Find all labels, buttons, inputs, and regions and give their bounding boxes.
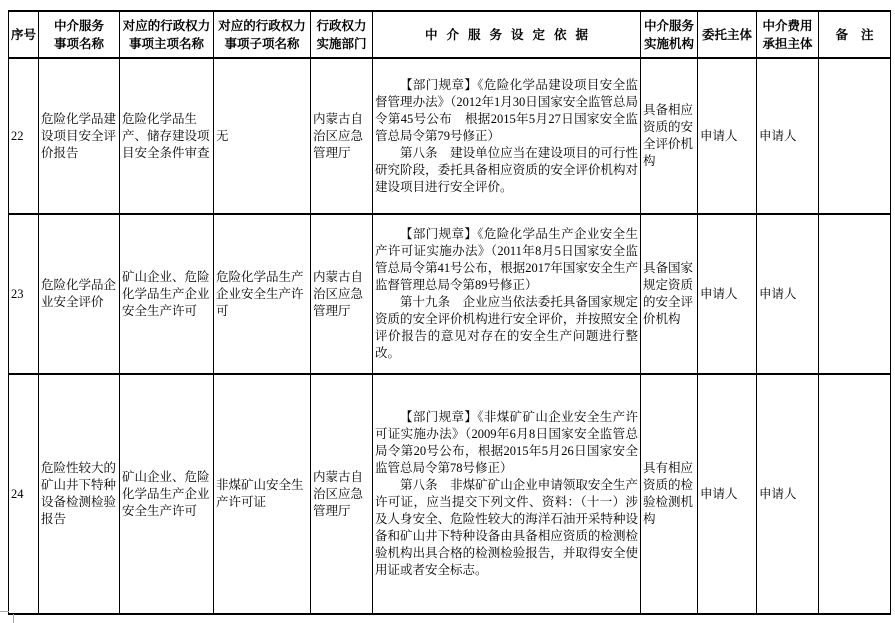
col-header-dept: 行政权力 实施部门 xyxy=(311,11,373,58)
cell-fee-bearer: 申请人 xyxy=(757,374,819,614)
cell-dept: 内蒙古自治区应急管理厅 xyxy=(311,374,373,614)
header-row: 序号 中介服务 事项名称 对应的行政权力 事项主项名称 对应的行政权力 事项子项… xyxy=(9,11,891,58)
col-header-principal: 委托主体 xyxy=(698,11,757,58)
cell-agency: 具备相应资质的安全评价机构 xyxy=(641,58,698,214)
basis-paragraph: 【部门规章】《危险化学品建设项目安全监督管理办法》（2012年1月30日国家安全… xyxy=(375,77,638,145)
cell-fee-bearer: 申请人 xyxy=(757,58,819,214)
col-header-agency: 中介服务 实施机构 xyxy=(641,11,698,58)
cell-remarks xyxy=(819,374,891,614)
col-header-sub-item: 对应的行政权力 事项子项名称 xyxy=(214,11,311,58)
cell-service-name: 危险性较大的矿山井下特种设备检测检验报告 xyxy=(39,374,120,614)
cell-basis: 【部门规章】《危险化学品生产企业安全生产许可证实施办法》（2011年8月5日国家… xyxy=(373,214,641,374)
cell-serial: 23 xyxy=(9,214,39,374)
table-row: 22 危险化学品建设项目安全评价报告 危险化学品生产、储存建设项目安全条件审查 … xyxy=(9,58,891,214)
cell-main-item: 危险化学品生产、储存建设项目安全条件审查 xyxy=(120,58,214,214)
col-header-fee-bearer: 中介费用 承担主体 xyxy=(757,11,819,58)
basis-paragraph: 【部门规章】《危险化学品生产企业安全生产许可证实施办法》（2011年8月5日国家… xyxy=(375,226,638,294)
cell-serial: 24 xyxy=(9,374,39,614)
cell-remarks xyxy=(819,214,891,374)
basis-paragraph: 第八条 建设单位应当在建设项目的可行性研究阶段，委托具备相应资质的安全评价机构对… xyxy=(375,145,638,196)
cell-principal: 申请人 xyxy=(698,214,757,374)
cell-dept: 内蒙古自治区应急管理厅 xyxy=(311,58,373,214)
cell-service-name: 危险化学品企业安全评价 xyxy=(39,214,120,374)
cell-remarks xyxy=(819,58,891,214)
cell-principal: 申请人 xyxy=(698,58,757,214)
basis-paragraph: 【部门规章】《非煤矿矿山企业安全生产许可证实施办法》（2009年6月8日国家安全… xyxy=(375,409,638,477)
cell-sub-item: 非煤矿山安全生产许可证 xyxy=(214,374,311,614)
col-header-serial: 序号 xyxy=(9,11,39,58)
cell-basis: 【部门规章】《非煤矿矿山企业安全生产许可证实施办法》（2009年6月8日国家安全… xyxy=(373,374,641,614)
cell-service-name: 危险化学品建设项目安全评价报告 xyxy=(39,58,120,214)
cell-serial: 22 xyxy=(9,58,39,214)
table-row: 24 危险性较大的矿山井下特种设备检测检验报告 矿山企业、危险化学品生产企业安全… xyxy=(9,374,891,614)
cell-fee-bearer: 申请人 xyxy=(757,214,819,374)
basis-paragraph: 第八条 非煤矿矿山企业申请领取安全生产许可证，应当提交下列文件、资料：（十一）涉… xyxy=(375,477,638,579)
cell-principal: 申请人 xyxy=(698,374,757,614)
cell-sub-item: 危险化学品生产企业安全生产许可 xyxy=(214,214,311,374)
cell-main-item: 矿山企业、危险化学品生产企业安全生产许可 xyxy=(120,374,214,614)
intermediary-services-table: 序号 中介服务 事项名称 对应的行政权力 事项主项名称 对应的行政权力 事项子项… xyxy=(8,10,891,615)
cell-main-item: 矿山企业、危险化学品生产企业安全生产许可 xyxy=(120,214,214,374)
col-header-main-item: 对应的行政权力 事项主项名称 xyxy=(120,11,214,58)
col-header-remarks: 备注 xyxy=(819,11,891,58)
basis-paragraph: 第十九条 企业应当依法委托具备国家规定资质的安全评价机构进行安全评价，并按照安全… xyxy=(375,294,638,362)
table-row: 23 危险化学品企业安全评价 矿山企业、危险化学品生产企业安全生产许可 危险化学… xyxy=(9,214,891,374)
col-header-basis: 中介服务设定依据 xyxy=(373,11,641,58)
page-margin-guide-horizontal xyxy=(0,611,9,612)
page-margin-guide-vertical xyxy=(13,614,14,623)
col-header-service-name: 中介服务 事项名称 xyxy=(39,11,120,58)
cell-basis: 【部门规章】《危险化学品建设项目安全监督管理办法》（2012年1月30日国家安全… xyxy=(373,58,641,214)
cell-dept: 内蒙古自治区应急管理厅 xyxy=(311,214,373,374)
cell-agency: 具有相应资质的检验检测机构 xyxy=(641,374,698,614)
cell-agency: 具备国家规定资质的安全评价机构 xyxy=(641,214,698,374)
document-page: 序号 中介服务 事项名称 对应的行政权力 事项主项名称 对应的行政权力 事项子项… xyxy=(8,10,891,615)
cell-sub-item: 无 xyxy=(214,58,311,214)
